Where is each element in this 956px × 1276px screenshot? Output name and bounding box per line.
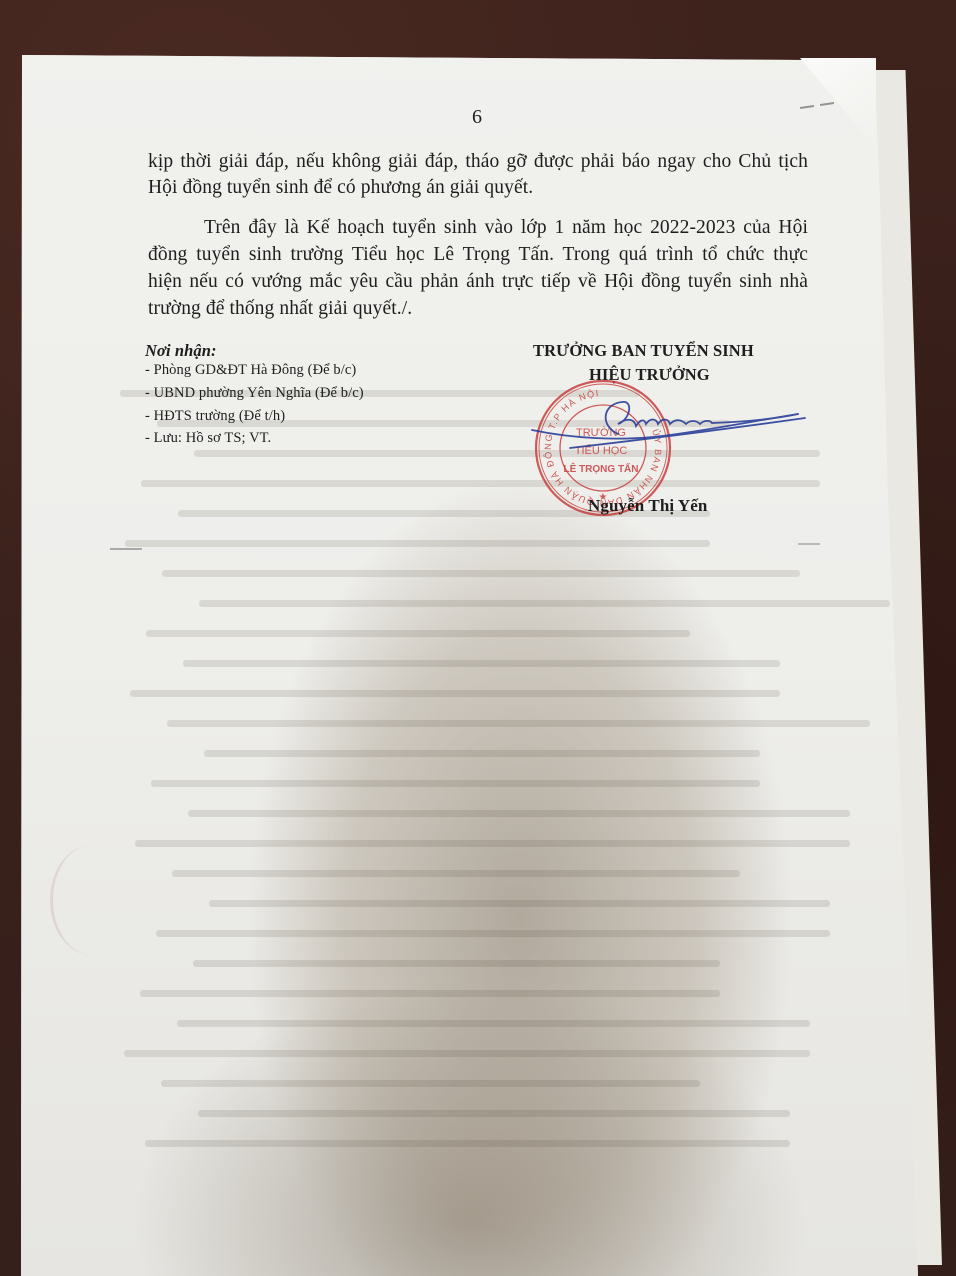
bleed-line: [188, 810, 850, 817]
bleed-through-stamp: [50, 845, 133, 955]
stamp-center-line: LÊ TRỌNG TẤN: [564, 462, 639, 475]
bleed-line: [161, 1080, 700, 1087]
paragraph-line: Trên đây là Kế hoạch tuyển sinh vào lớp …: [148, 215, 808, 241]
bleed-line: [177, 1020, 810, 1027]
bleed-line: [183, 660, 780, 667]
bleed-line: [193, 960, 720, 967]
paragraph-line: hiện nếu có vướng mắc yêu cầu phản ánh t…: [148, 269, 808, 295]
bleed-line: [162, 570, 800, 577]
handwritten-signature: [530, 390, 830, 460]
paragraph-line: Hội đồng tuyển sinh để có phương án giải…: [148, 175, 533, 201]
bleed-line: [135, 840, 850, 847]
bleed-line: [151, 780, 760, 787]
recipient-item: - Lưu: Hồ sơ TS; VT.: [145, 428, 271, 448]
bleed-line: [141, 480, 820, 487]
paragraph-line: trường để thống nhất giải quyết./.: [148, 296, 412, 322]
bleed-line: [140, 990, 720, 997]
bleed-line: [172, 870, 740, 877]
bleed-line: [156, 930, 830, 937]
page-number: 6: [472, 104, 482, 130]
recipient-item: - HĐTS trường (Để t/h): [145, 406, 285, 426]
bleed-line: [145, 1140, 790, 1147]
bleed-line: [209, 900, 830, 907]
recipient-item: - Phòng GD&ĐT Hà Đông (Để b/c): [145, 360, 356, 380]
recipient-item: - UBND phường Yên Nghĩa (Để b/c): [145, 383, 364, 403]
margin-mark: [110, 548, 142, 550]
bleed-line: [130, 690, 780, 697]
margin-mark: [798, 543, 820, 545]
bleed-line: [146, 630, 690, 637]
bleed-line: [198, 1110, 790, 1117]
bleed-line: [125, 540, 710, 547]
signature-title: TRƯỞNG BAN TUYỂN SINH: [533, 338, 754, 364]
bleed-line: [199, 600, 890, 607]
bleed-line: [167, 720, 870, 727]
signer-name: Nguyễn Thị Yến: [588, 493, 708, 519]
paragraph-line: kịp thời giải đáp, nếu không giải đáp, t…: [148, 149, 808, 175]
bleed-line: [204, 750, 760, 757]
paragraph-line: đồng tuyển sinh trường Tiểu học Lê Trọng…: [148, 242, 808, 268]
bleed-line: [124, 1050, 810, 1057]
